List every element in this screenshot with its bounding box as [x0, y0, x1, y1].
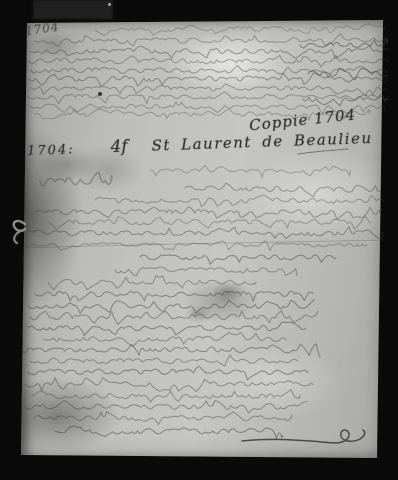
handwriting-line	[35, 291, 313, 301]
handwriting-line	[29, 73, 387, 87]
handwriting-line	[28, 366, 308, 380]
binding-tie	[14, 230, 24, 243]
handwriting-line	[28, 322, 306, 335]
handwriting-line	[30, 46, 388, 59]
handwriting-line	[30, 311, 318, 325]
handwriting-line	[32, 390, 300, 402]
handwriting-line	[25, 378, 313, 392]
handwriting-line	[115, 267, 297, 276]
handwriting-line	[185, 183, 380, 196]
handwriting-line	[30, 355, 298, 366]
handwriting-line	[28, 55, 388, 66]
handwriting-line	[40, 173, 112, 186]
handwriting-line	[34, 412, 292, 425]
handwriting-line	[28, 92, 388, 104]
handwriting-line	[25, 241, 367, 251]
heading-folio: 4f	[110, 137, 128, 158]
heading-year: 1704:	[27, 142, 75, 159]
scan-background: 1704 Coppie 1704 1704: 4f St Laurent de …	[0, 0, 398, 480]
handwriting-layer	[0, 0, 398, 480]
handwriting-line	[55, 426, 283, 439]
handwriting-line	[95, 195, 383, 207]
handwriting-line	[35, 207, 380, 220]
handwriting-line	[25, 227, 383, 239]
handwriting-line	[48, 216, 370, 230]
handwriting-line	[48, 276, 256, 290]
handwriting-line	[34, 34, 388, 46]
handwriting-line	[44, 333, 286, 347]
handwriting-line	[300, 38, 388, 48]
handwriting-line	[22, 344, 320, 358]
handwriting-line	[150, 166, 350, 178]
handwriting-line	[28, 300, 314, 314]
handwriting-line	[25, 401, 307, 414]
handwriting-line	[31, 84, 387, 96]
handwriting-line	[95, 24, 385, 36]
handwriting-line	[140, 255, 336, 264]
